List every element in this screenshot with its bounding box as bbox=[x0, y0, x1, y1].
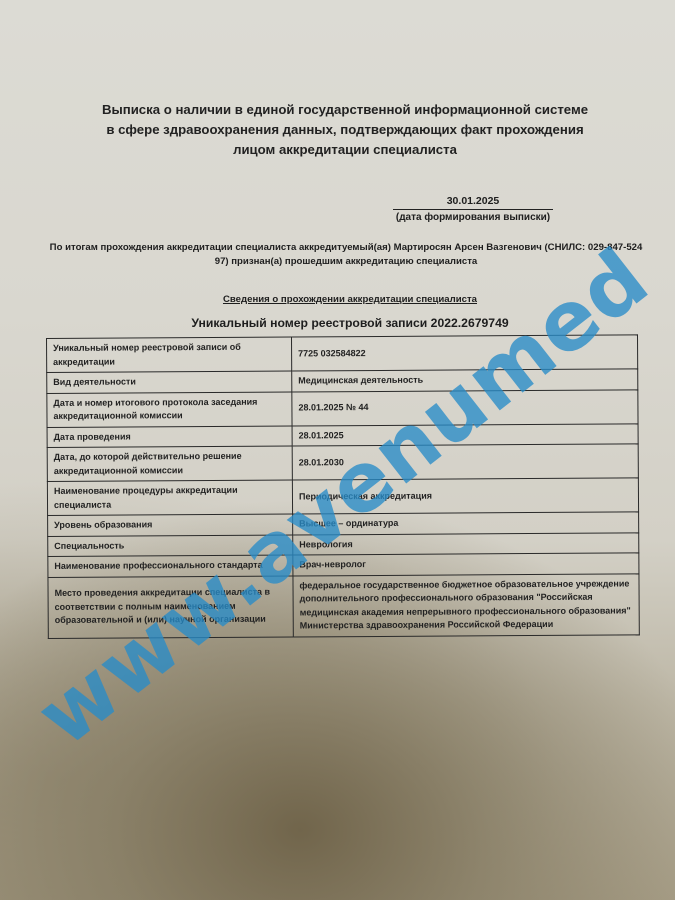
row-label: Наименование процедуры аккредитации спец… bbox=[47, 480, 292, 515]
row-value: Высшее – ординатура bbox=[293, 512, 639, 535]
row-label: Уникальный номер реестровой записи об ак… bbox=[47, 337, 292, 372]
table-row: Уникальный номер реестровой записи об ак… bbox=[47, 335, 638, 373]
row-value: 7725 032584822 bbox=[291, 335, 637, 371]
row-label: Специальность bbox=[48, 534, 293, 556]
table-row: Дата, до которой действительно решение а… bbox=[47, 444, 638, 482]
row-value: Периодическая аккредитация bbox=[292, 478, 638, 514]
row-value: 28.01.2025 № 44 bbox=[292, 389, 638, 425]
row-label: Дата и номер итогового протокола заседан… bbox=[47, 391, 292, 426]
table-row: Наименование процедуры аккредитации спец… bbox=[47, 478, 638, 516]
row-label: Вид деятельности bbox=[47, 371, 292, 393]
intro-paragraph: По итогам прохождения аккредитации специ… bbox=[42, 241, 650, 269]
row-value: 28.01.2025 bbox=[292, 423, 638, 446]
issue-date: 30.01.2025 bbox=[393, 195, 553, 210]
row-label: Наименование профессионального стандарта bbox=[48, 555, 293, 577]
issue-date-block: 30.01.2025 (дата формирования выписки) bbox=[393, 195, 553, 223]
issue-date-label: (дата формирования выписки) bbox=[393, 212, 553, 223]
registry-record-number: Уникальный номер реестровой записи 2022.… bbox=[140, 316, 560, 330]
document-page: Выписка о наличии в единой государственн… bbox=[0, 0, 675, 900]
section-heading: Сведения о прохождении аккредитации спец… bbox=[140, 294, 560, 305]
document-title: Выписка о наличии в единой государственн… bbox=[100, 100, 590, 160]
row-label: Дата проведения bbox=[47, 425, 292, 447]
row-label: Место проведения аккредитации специалист… bbox=[48, 575, 293, 637]
row-value: Врач-невролог bbox=[293, 553, 639, 576]
row-value: Неврология bbox=[293, 532, 639, 555]
row-value: федеральное государственное бюджетное об… bbox=[293, 573, 639, 636]
table-row: Место проведения аккредитации специалист… bbox=[48, 573, 639, 638]
table-row: Дата и номер итогового протокола заседан… bbox=[47, 389, 638, 427]
row-label: Уровень образования bbox=[48, 514, 293, 536]
row-value: 28.01.2030 bbox=[292, 444, 638, 480]
row-label: Дата, до которой действительно решение а… bbox=[47, 446, 292, 481]
accreditation-table: Уникальный номер реестровой записи об ак… bbox=[46, 334, 640, 638]
row-value: Медицинская деятельность bbox=[292, 369, 638, 392]
